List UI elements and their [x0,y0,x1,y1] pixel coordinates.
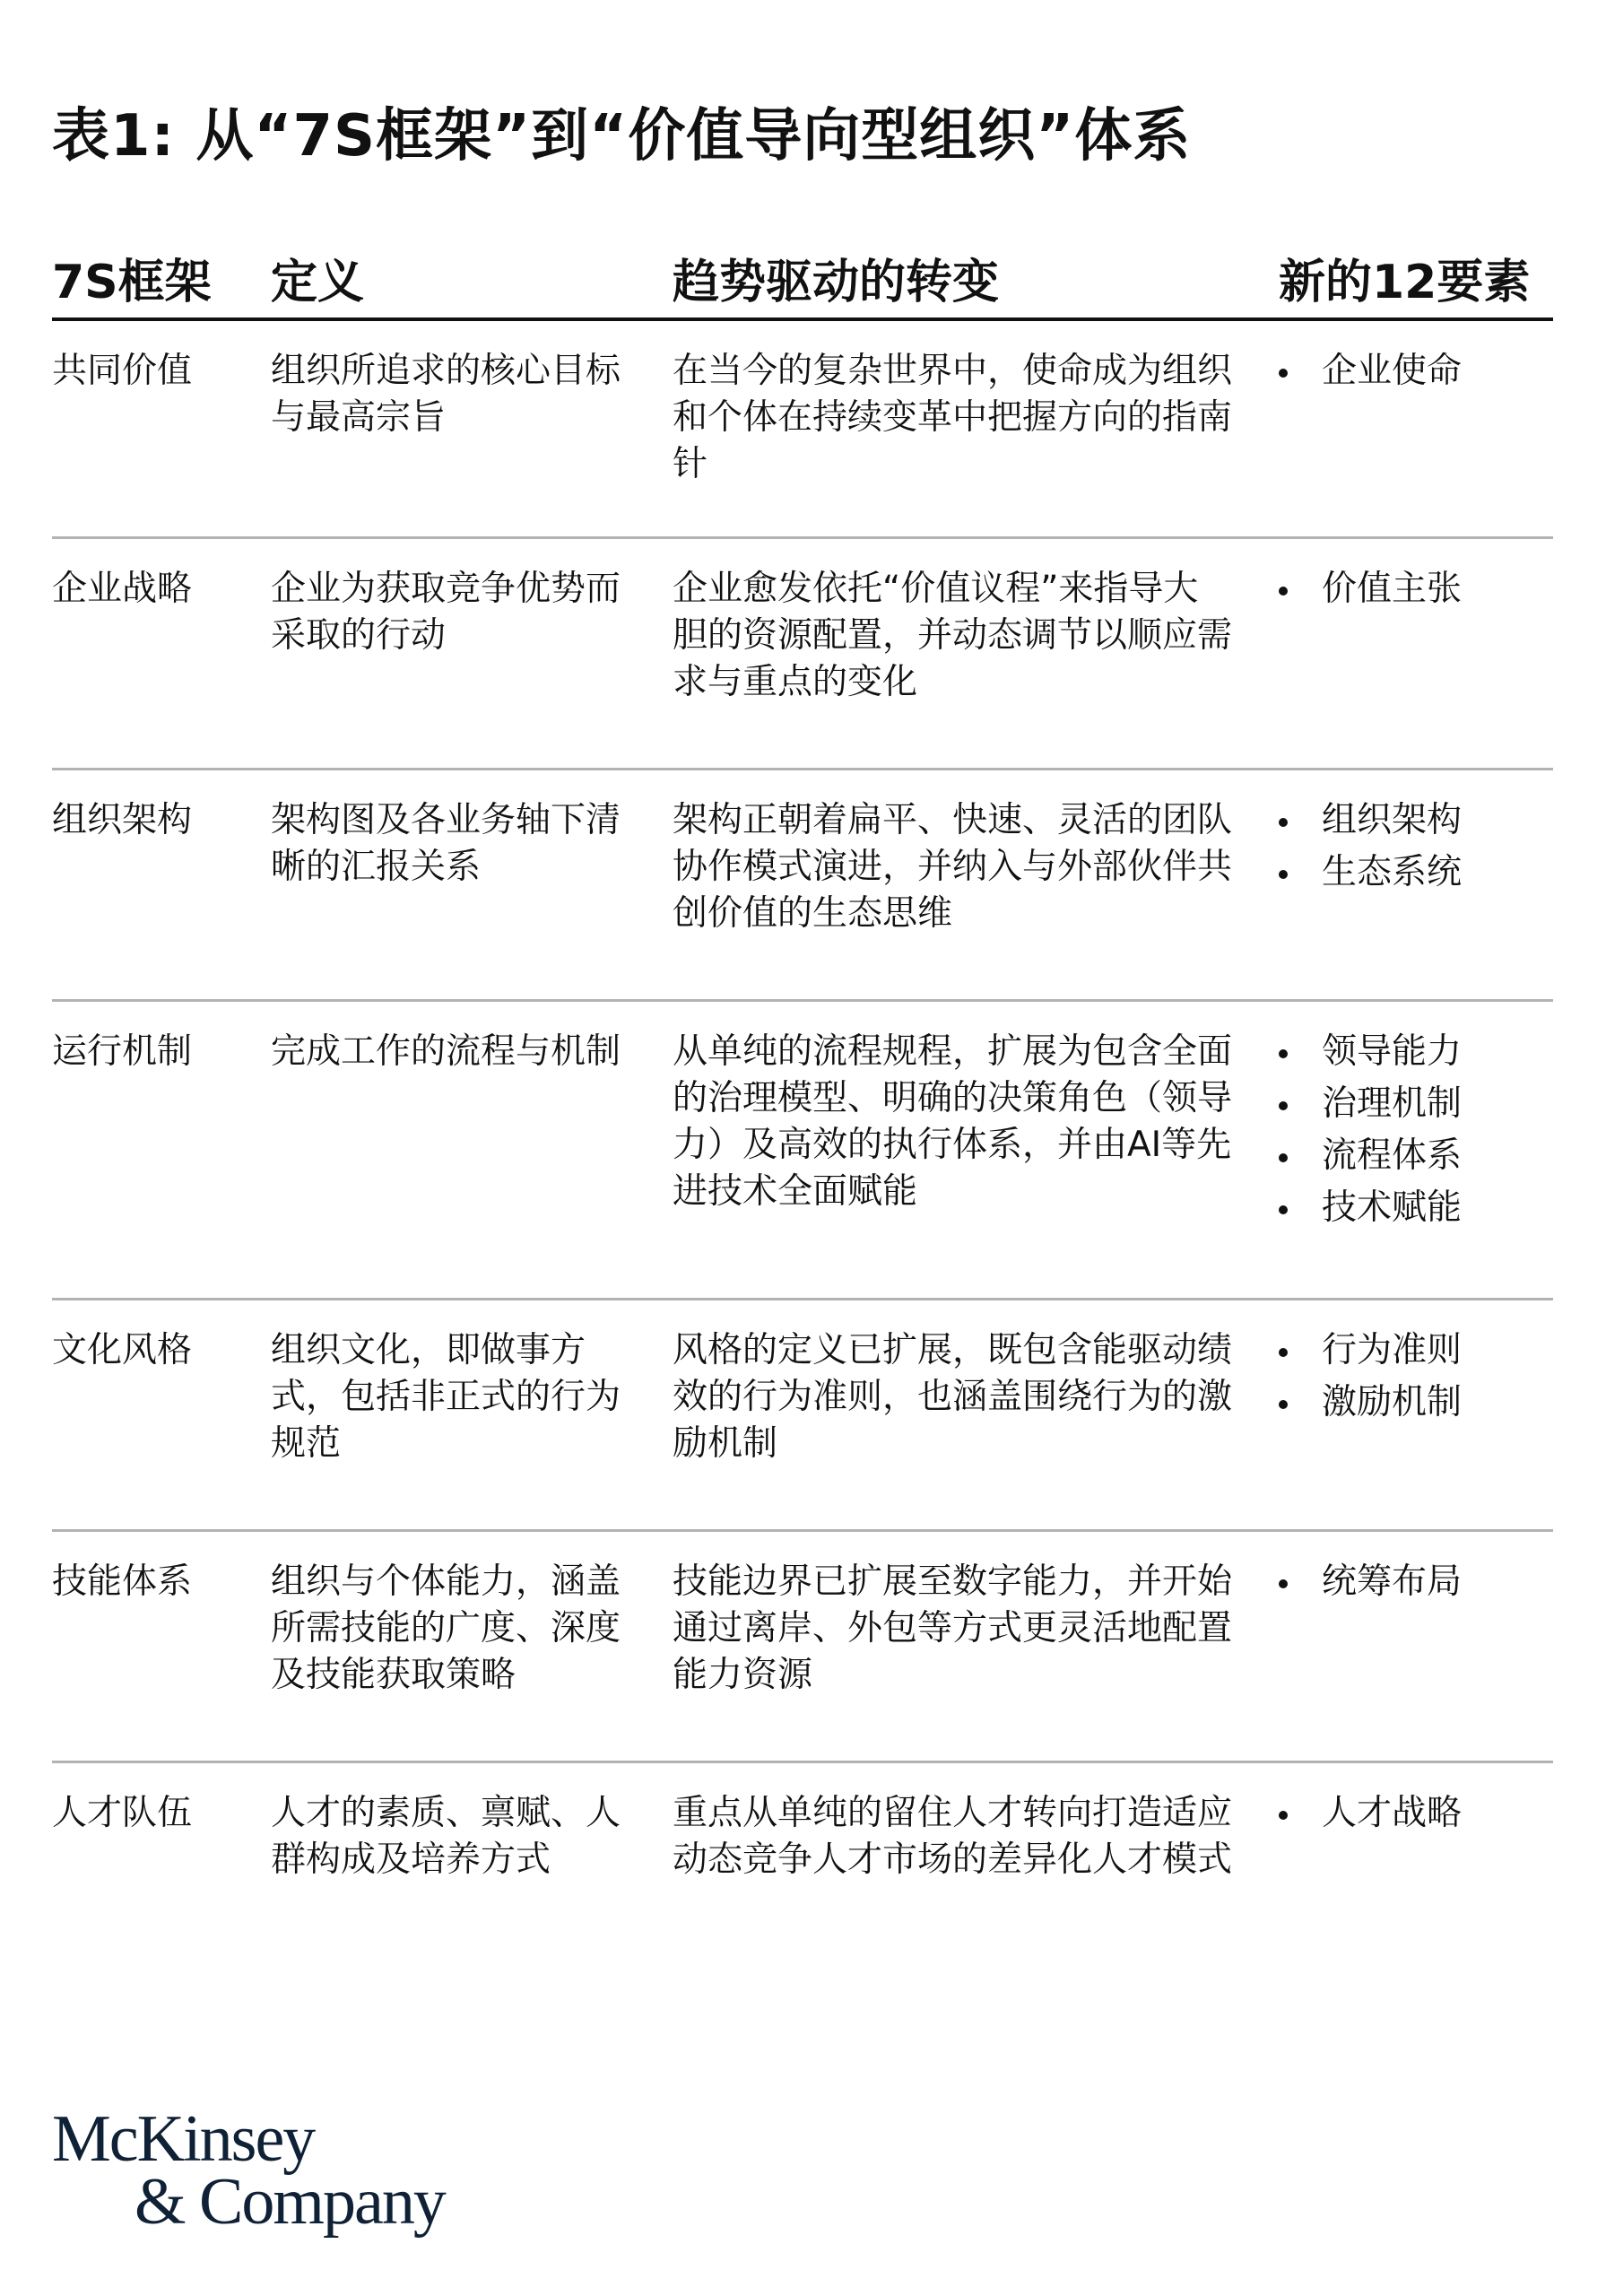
header-definition: 定义 [271,244,638,311]
definition-cell: 组织与个体能力，涵盖所需技能的广度、深度及技能获取策略 [271,1559,638,1699]
list-item: 激励机制 [1272,1379,1553,1431]
framework-cell: 运行机制 [52,1029,258,1075]
bullet-icon [1279,1579,1288,1588]
bullet-icon [1279,1811,1288,1820]
list-item: 价值主张 [1272,566,1553,618]
bullet-icon [1279,818,1288,827]
bullet-icon [1279,1348,1288,1357]
mckinsey-logo: McKinsey & Company [52,2108,445,2233]
table-header: 7S框架 定义 趋势驱动的转变 新的12要素 [52,244,1553,321]
shift-cell: 从单纯的流程规程，扩展为包含全面的治理模型、明确的决策角色（领导力）及高效的执行… [673,1029,1233,1215]
list-item: 组织架构 [1272,797,1553,849]
bullet-icon [1279,1400,1288,1409]
list-item: 统筹布局 [1272,1559,1553,1611]
table-row: 组织架构 架构图及各业务轴下清晰的汇报关系 架构正朝着扁平、快速、灵活的团队协作… [52,770,1553,1002]
list-item: 人才战略 [1272,1790,1553,1842]
framework-cell: 企业战略 [52,566,258,613]
list-item: 行为准则 [1272,1327,1553,1379]
table-row: 技能体系 组织与个体能力，涵盖所需技能的广度、深度及技能获取策略 技能边界已扩展… [52,1532,1553,1763]
elements-list: 统筹布局 [1272,1559,1553,1611]
definition-cell: 人才的素质、禀赋、人群构成及培养方式 [271,1790,638,1883]
list-item: 企业使命 [1272,348,1553,400]
framework-cell: 技能体系 [52,1559,258,1605]
elements-list: 人才战略 [1272,1790,1553,1842]
bullet-icon [1279,369,1288,378]
elements-list: 行为准则 激励机制 [1272,1327,1553,1431]
definition-cell: 组织所追求的核心目标与最高宗旨 [271,348,638,441]
list-item: 流程体系 [1272,1133,1553,1185]
bullet-icon [1279,1101,1288,1110]
table-row: 文化风格 组织文化，即做事方式，包括非正式的行为规范 风格的定义已扩展，既包含能… [52,1300,1553,1532]
header-new-elements: 新的12要素 [1279,244,1560,311]
definition-cell: 组织文化，即做事方式，包括非正式的行为规范 [271,1327,638,1467]
table-row: 运行机制 完成工作的流程与机制 从单纯的流程规程，扩展为包含全面的治理模型、明确… [52,1002,1553,1300]
framework-cell: 文化风格 [52,1327,258,1374]
list-item: 领导能力 [1272,1029,1553,1081]
header-7s-framework: 7S框架 [52,244,258,311]
shift-cell: 在当今的复杂世界中，使命成为组织和个体在持续变革中把握方向的指南针 [673,348,1233,488]
shift-cell: 企业愈发依托“价值议程”来指导大胆的资源配置，并动态调节以顺应需求与重点的变化 [673,566,1233,706]
shift-cell: 风格的定义已扩展，既包含能驱动绩效的行为准则，也涵盖围绕行为的激励机制 [673,1327,1233,1467]
shift-cell: 技能边界已扩展至数字能力，并开始通过离岸、外包等方式更灵活地配置能力资源 [673,1559,1233,1699]
bullet-icon [1279,1205,1288,1214]
definition-cell: 企业为获取竞争优势而采取的行动 [271,566,638,659]
shift-cell: 重点从单纯的留住人才转向打造适应动态竞争人才市场的差异化人才模式 [673,1790,1233,1883]
elements-list: 组织架构 生态系统 [1272,797,1553,901]
bullet-icon [1279,870,1288,879]
elements-list: 领导能力 治理机制 流程体系 技术赋能 [1272,1029,1553,1237]
bullet-icon [1279,1049,1288,1058]
page-title: 表1: 从“7S框架”到“价值导向型组织”体系 [52,90,1191,172]
definition-cell: 架构图及各业务轴下清晰的汇报关系 [271,797,638,891]
framework-cell: 组织架构 [52,797,258,844]
elements-list: 价值主张 [1272,566,1553,618]
logo-line-2: & Company [52,2170,445,2233]
list-item: 治理机制 [1272,1081,1553,1133]
framework-cell: 人才队伍 [52,1790,258,1837]
bullet-icon [1279,1153,1288,1162]
table-row: 企业战略 企业为获取竞争优势而采取的行动 企业愈发依托“价值议程”来指导大胆的资… [52,539,1553,770]
list-item: 技术赋能 [1272,1185,1553,1237]
elements-list: 企业使命 [1272,348,1553,400]
table-row: 共同价值 组织所追求的核心目标与最高宗旨 在当今的复杂世界中，使命成为组织和个体… [52,321,1553,539]
framework-cell: 共同价值 [52,348,258,395]
list-item: 生态系统 [1272,849,1553,901]
framework-table: 7S框架 定义 趋势驱动的转变 新的12要素 共同价值 组织所追求的核心目标与最… [52,244,1553,1992]
shift-cell: 架构正朝着扁平、快速、灵活的团队协作模式演进，并纳入与外部伙伴共创价值的生态思维 [673,797,1233,937]
table-row: 人才队伍 人才的素质、禀赋、人群构成及培养方式 重点从单纯的留住人才转向打造适应… [52,1763,1553,1992]
definition-cell: 完成工作的流程与机制 [271,1029,638,1075]
header-trend-shift: 趋势驱动的转变 [673,244,1233,311]
bullet-icon [1279,587,1288,596]
